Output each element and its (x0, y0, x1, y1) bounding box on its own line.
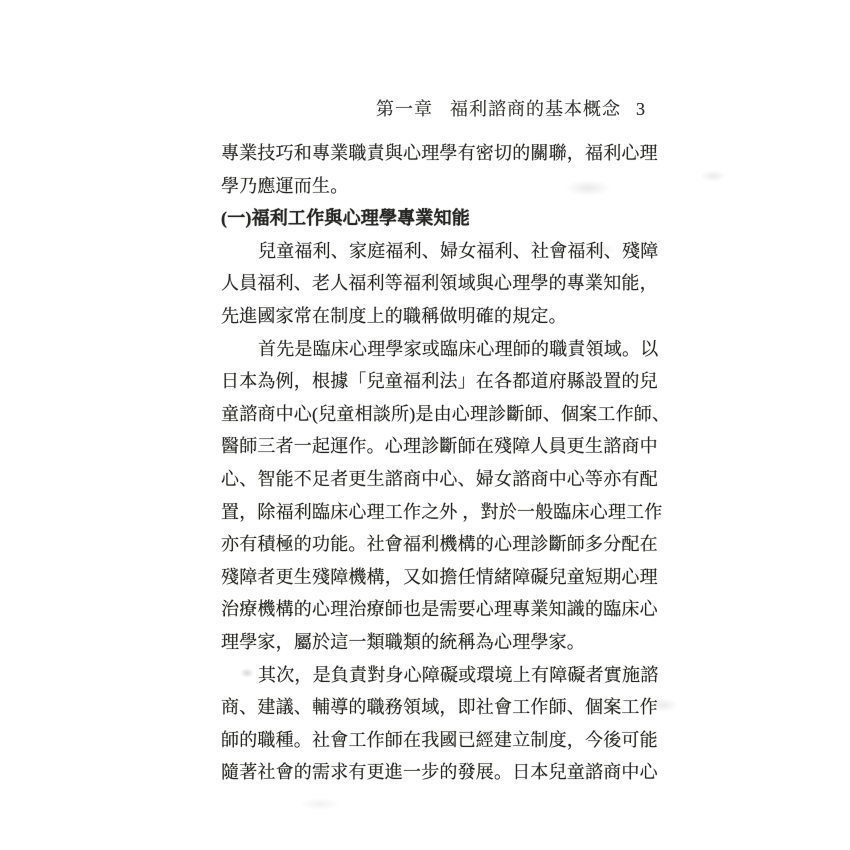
text-line: 首先是臨床心理學家或臨床心理師的職責領域。以 (221, 333, 665, 366)
text-line: 其次，是負責對身心障礙或環境上有障礙者實施諮 (221, 659, 665, 692)
text-block: 專業技巧和專業職責與心理學有密切的關聯，福利心理學乃應運而生。(一)福利工作與心… (221, 137, 665, 789)
scanned-book-page: 第一章福利諮商的基本概念3 專業技巧和專業職責與心理學有密切的關聯，福利心理學乃… (0, 0, 850, 850)
chapter-title: 福利諮商的基本概念 (450, 99, 621, 119)
text-line: 隨著社會的需求有更進一步的發展。日本兒童諮商中心 (221, 756, 665, 789)
running-head: 第一章福利諮商的基本概念3 (376, 96, 646, 122)
scan-smudge (700, 170, 726, 182)
text-line: 治療機構的心理治療師也是需要心理專業知識的臨床心 (221, 593, 665, 626)
text-line: 商、建議、輔導的職務領域，即社會工作師、個案工作 (221, 691, 665, 724)
page-number: 3 (636, 99, 646, 119)
scan-smudge (300, 798, 340, 810)
chapter-label: 第一章 (376, 99, 433, 119)
text-line: 專業技巧和專業職責與心理學有密切的關聯，福利心理 (221, 137, 665, 170)
text-line: 心、智能不足者更生諮商中心、婦女諮商中心等亦有配 (221, 463, 665, 496)
text-line: 置，除福利臨床心理工作之外 ，對於一般臨床心理工作 (221, 496, 665, 529)
text-line: 殘障者更生殘障機構，又如擔任情緒障礙兒童短期心理 (221, 561, 665, 594)
text-line: 先進國家常在制度上的職稱做明確的規定。 (221, 300, 665, 333)
text-line: 醫師三者一起運作。心理診斷師在殘障人員更生諮商中 (221, 430, 665, 463)
text-line: 亦有積極的功能。社會福利機構的心理診斷師多分配在 (221, 528, 665, 561)
text-line: 日本為例，根據「兒童福利法」在各都道府縣設置的兒 (221, 365, 665, 398)
text-line: 學乃應運而生。 (221, 170, 665, 203)
text-line: 兒童福利、家庭福利、婦女福利、社會福利、殘障 (221, 235, 665, 268)
text-line: 師的職種。社會工作師在我國已經建立制度，今後可能 (221, 724, 665, 757)
text-line: 童諮商中心(兒童相談所)是由心理診斷師、個案工作師、 (221, 398, 665, 431)
text-line: 人員福利、老人福利等福利領域與心理學的專業知能， (221, 267, 665, 300)
text-line: 理學家，屬於這一類職類的統稱為心理學家。 (221, 626, 665, 659)
section-heading: (一)福利工作與心理學專業知能 (221, 202, 665, 235)
